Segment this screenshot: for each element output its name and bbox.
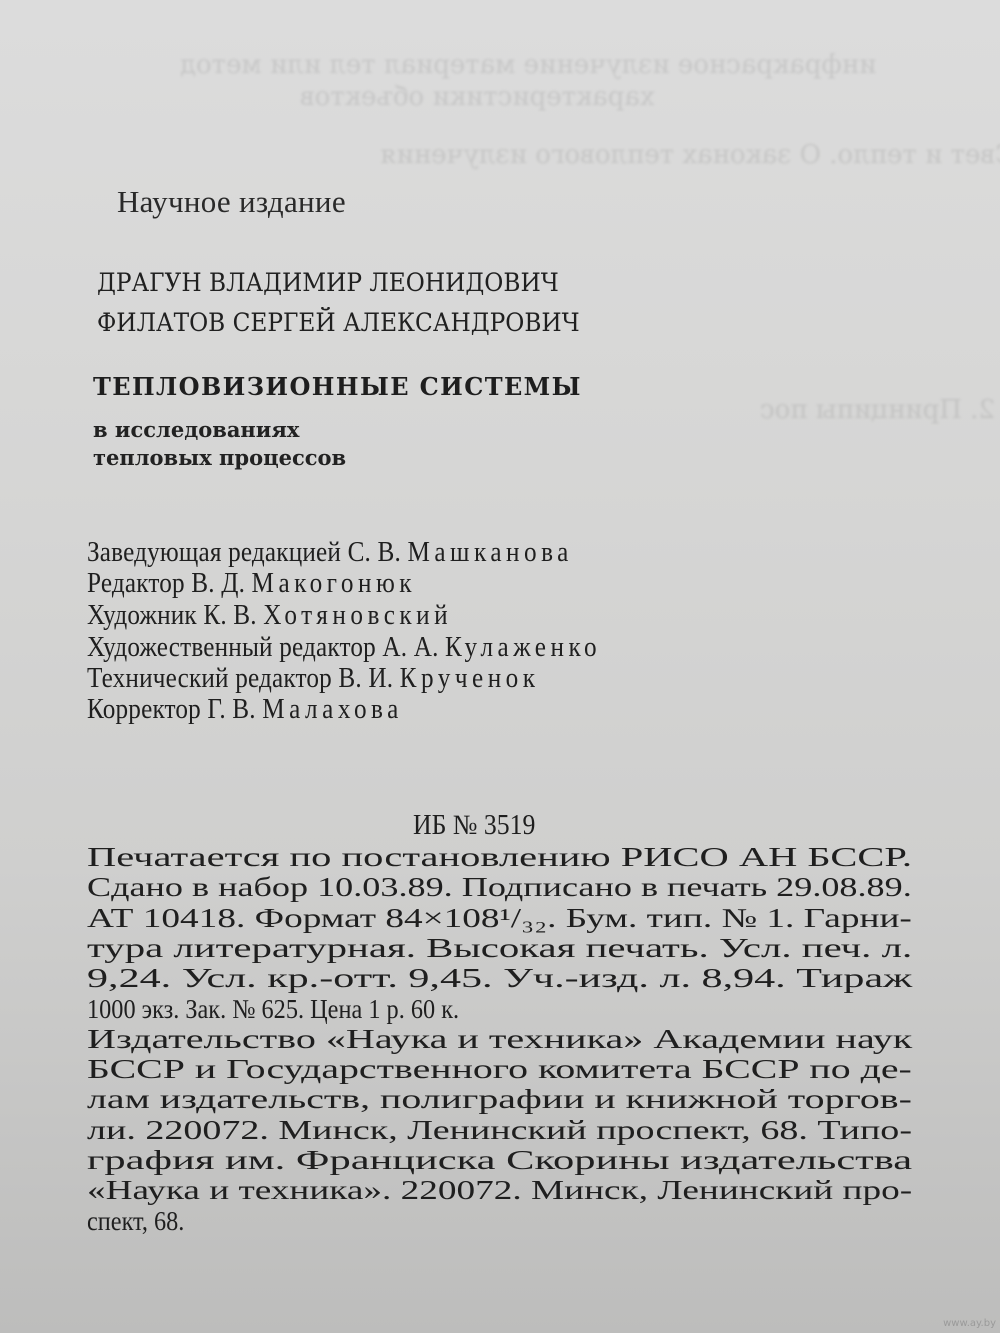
credit-person: Крученок <box>400 663 540 694</box>
imprint-line: ли. 220072. Минск, Ленинский проспект, 6… <box>87 1115 1000 1146</box>
show-through-text: характеристики объектов <box>300 82 655 112</box>
imprint-line: лам издательств, полиграфии и книжной то… <box>87 1084 1000 1115</box>
book-subtitle: в исследованиях <box>93 417 299 442</box>
book-imprint-page: инфракрасное излучение материал тел или … <box>0 0 1000 1333</box>
imprint-line: 1000 экз. Зак. № 625. Цена 1 р. 60 к. <box>87 994 897 1025</box>
book-subtitle: тепловых процессов <box>93 445 346 470</box>
imprint-line: «Наука и техника». 220072. Минск, Ленинс… <box>87 1175 1000 1206</box>
imprint-line: АТ 10418. Формат 84×108¹/₃₂. Бум. тип. №… <box>87 903 1000 934</box>
credit-person: Машканова <box>407 537 572 568</box>
credit-person: Хотяновский <box>263 600 452 631</box>
credit-role: Заведующая редакцией С. В. <box>87 537 407 568</box>
credit-line: Художник К. В. Хотяновский <box>87 600 452 632</box>
imprint-line: Печатается по постановлению РИСО АН БССР… <box>87 842 1000 873</box>
author-name: ДРАГУН ВЛАДИМИР ЛЕОНИДОВИЧ <box>97 268 559 297</box>
credit-person: Малахова <box>262 694 403 725</box>
ib-number: ИБ № 3519 <box>413 810 535 842</box>
credit-line: Художественный редактор А. А. Кулаженко <box>87 632 601 664</box>
watermark: www.ay.by <box>943 1318 996 1329</box>
credit-line: Корректор Г. В. Малахова <box>87 694 403 726</box>
credit-person: Кулаженко <box>445 632 601 663</box>
credit-person: Макогонюк <box>252 568 417 599</box>
credit-role: Художник К. В. <box>87 600 263 631</box>
show-through-text: 2. Принципы пос <box>760 395 995 425</box>
imprint-line: БССР и Государственного комитета БССР по… <box>87 1054 1000 1085</box>
imprint-line: Издательство «Наука и техника» Академии … <box>87 1024 1000 1055</box>
credit-line: Заведующая редакцией С. В. Машканова <box>87 537 573 569</box>
imprint-line: 9,24. Усл. кр.-отт. 9,45. Уч.-изд. л. 8,… <box>87 963 1000 994</box>
imprint-line: графия им. Франциска Скорины издательств… <box>87 1145 1000 1176</box>
publication-type-label: Научное издание <box>117 184 346 220</box>
imprint-line: спект, 68. <box>87 1206 897 1237</box>
book-title: ТЕПЛОВИЗИОННЫЕ СИСТЕМЫ <box>93 372 582 401</box>
imprint-line: тура литературная. Высокая печать. Усл. … <box>87 933 1000 964</box>
credit-line: Редактор В. Д. Макогонюк <box>87 568 416 600</box>
show-through-text: Свет и тепло. О законах теплового излуче… <box>380 140 1000 170</box>
credit-role: Корректор Г. В. <box>87 694 262 725</box>
credit-role: Редактор В. Д. <box>87 568 252 599</box>
show-through-text: инфракрасное излучение материал тел или … <box>180 50 876 80</box>
credit-line: Технический редактор В. И. Крученок <box>87 663 540 695</box>
credit-role: Технический редактор В. И. <box>87 663 400 694</box>
author-name: ФИЛАТОВ СЕРГЕЙ АЛЕКСАНДРОВИЧ <box>97 308 580 337</box>
credit-role: Художественный редактор А. А. <box>87 632 445 663</box>
imprint-line: Сдано в набор 10.03.89. Подписано в печа… <box>87 872 1000 903</box>
